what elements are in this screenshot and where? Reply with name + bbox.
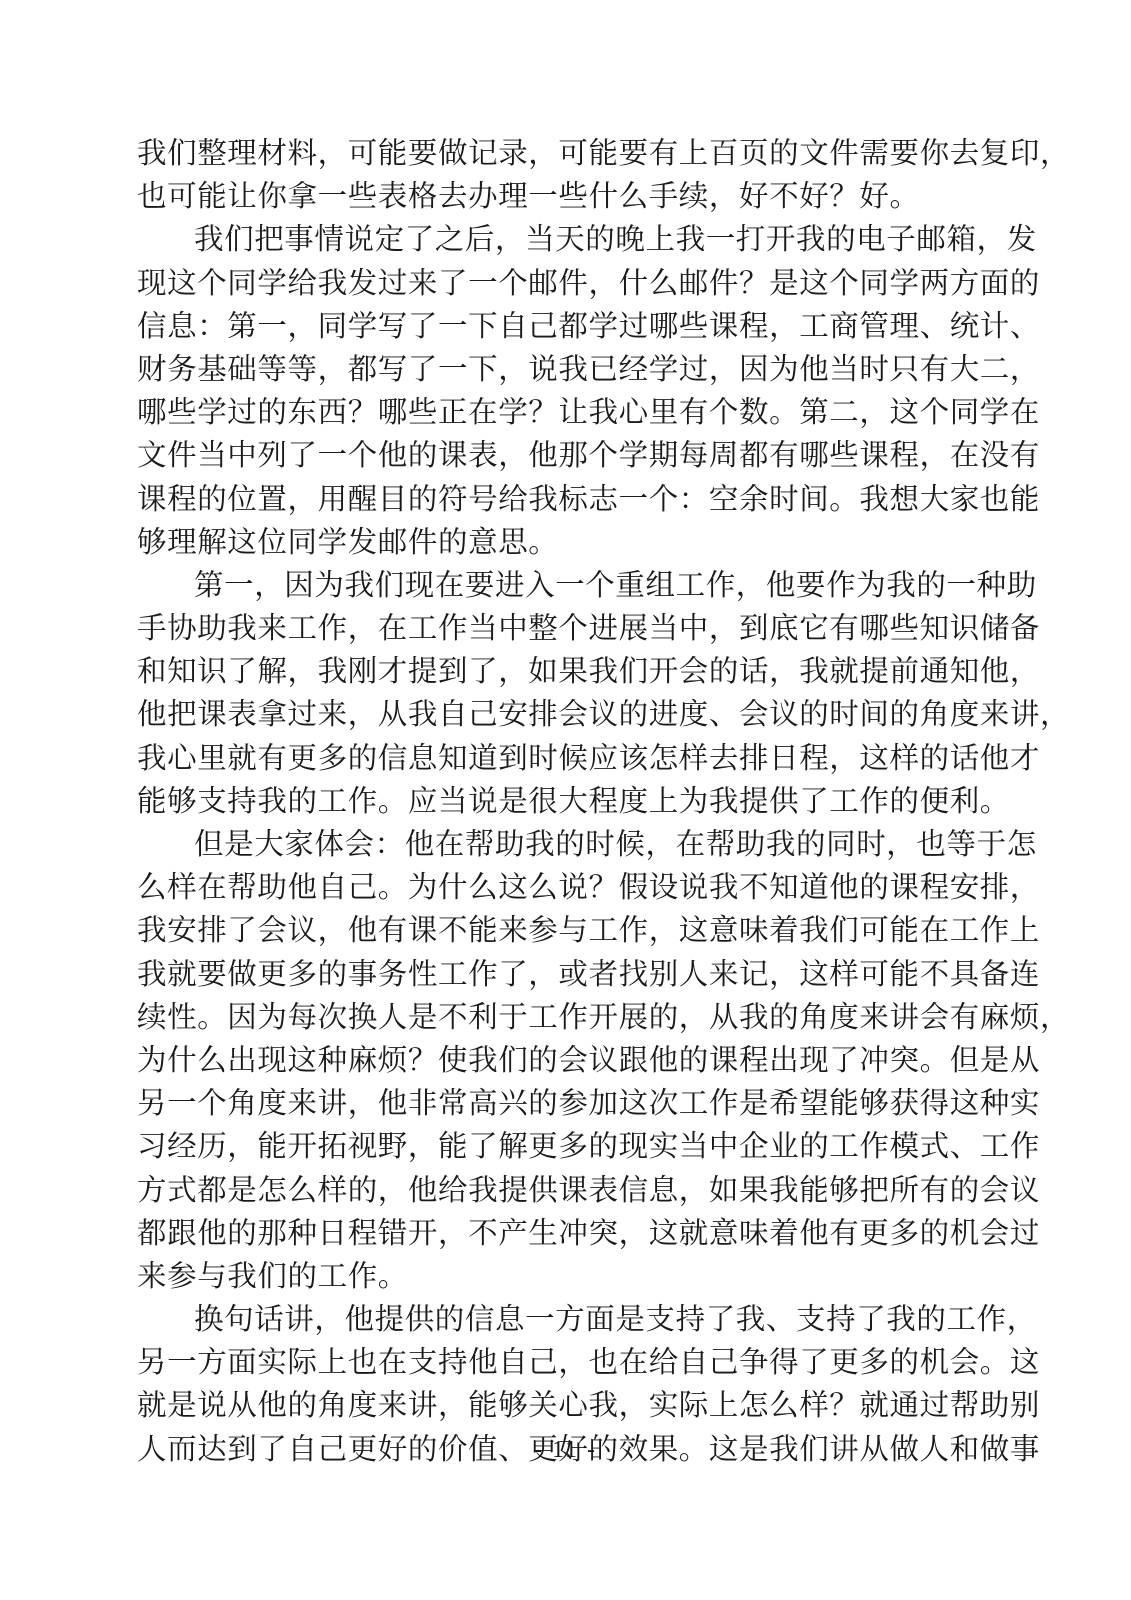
text-line: 也可能让你拿一些表格去办理一些什么手续，好不好？好。 xyxy=(137,175,973,218)
text-line: 财务基础等等，都写了一下，说我已经学过，因为他当时只有大二， xyxy=(137,348,973,391)
text-line: 和知识了解，我刚才提到了，如果我们开会的话，我就提前通知他， xyxy=(137,650,973,693)
text-line: 信息：第一，同学写了一下自己都学过哪些课程，工商管理、统计、 xyxy=(137,305,973,348)
text-line: 课程的位置，用醒目的符号给我标志一个：空余时间。我想大家也能 xyxy=(137,478,973,521)
text-line: 他把课表拿过来，从我自己安排会议的进度、会议的时间的角度来讲， xyxy=(137,693,973,736)
text-line: 都跟他的那种日程错开，不产生冲突，这就意味着他有更多的机会过 xyxy=(137,1212,973,1255)
text-line: 么样在帮助他自己。为什么这么说？假设说我不知道他的课程安排， xyxy=(137,866,973,909)
text-line: 来参与我们的工作。 xyxy=(137,1255,973,1298)
paragraph-start-line: 换句话讲，他提供的信息一方面是支持了我、支持了我的工作， xyxy=(137,1298,973,1341)
document-body: 我们整理材料，可能要做记录，可能要有上百页的文件需要你去复印， 也可能让你拿一些… xyxy=(137,132,973,1471)
text-line: 文件当中列了一个他的课表，他那个学期每周都有哪些课程，在没有 xyxy=(137,434,973,477)
text-line: 续性。因为每次换人是不利于工作开展的，从我的角度来讲会有麻烦， xyxy=(137,996,973,1039)
paragraph-start-line: 但是大家体会：他在帮助我的时候，在帮助我的同时，也等于怎 xyxy=(137,823,973,866)
text-line: 就是说从他的角度来讲，能够关心我，实际上怎么样？就通过帮助别 xyxy=(137,1384,973,1427)
text-line: 哪些学过的东西？哪些正在学？让我心里有个数。第二，这个同学在 xyxy=(137,391,973,434)
text-line: 另一方面实际上也在支持他自己，也在给自己争得了更多的机会。这 xyxy=(137,1341,973,1384)
paragraph-start-line: 我们把事情说定了之后，当天的晚上我一打开我的电子邮箱，发 xyxy=(137,218,973,261)
text-line: 我安排了会议，他有课不能来参与工作，这意味着我们可能在工作上 xyxy=(137,909,973,952)
page-number: - 11 - xyxy=(0,1437,1131,1464)
text-line: 习经历，能开拓视野，能了解更多的现实当中企业的工作模式、工作 xyxy=(137,1125,973,1168)
text-line: 我就要做更多的事务性工作了，或者找别人来记，这样可能不具备连 xyxy=(137,953,973,996)
text-line: 能够支持我的工作。应当说是很大程度上为我提供了工作的便利。 xyxy=(137,780,973,823)
text-line: 手协助我来工作，在工作当中整个进展当中，到底它有哪些知识储备 xyxy=(137,607,973,650)
text-line: 为什么出现这种麻烦？使我们的会议跟他的课程出现了冲突。但是从 xyxy=(137,1039,973,1082)
text-line: 现这个同学给我发过来了一个邮件，什么邮件？是这个同学两方面的 xyxy=(137,262,973,305)
text-line: 我们整理材料，可能要做记录，可能要有上百页的文件需要你去复印， xyxy=(137,132,973,175)
text-line: 方式都是怎么样的，他给我提供课表信息，如果我能够把所有的会议 xyxy=(137,1169,973,1212)
paragraph-start-line: 第一，因为我们现在要进入一个重组工作，他要作为我的一种助 xyxy=(137,564,973,607)
text-line: 够理解这位同学发邮件的意思。 xyxy=(137,521,973,564)
text-line: 我心里就有更多的信息知道到时候应该怎样去排日程，这样的话他才 xyxy=(137,737,973,780)
text-line: 另一个角度来讲，他非常高兴的参加这次工作是希望能够获得这种实 xyxy=(137,1082,973,1125)
